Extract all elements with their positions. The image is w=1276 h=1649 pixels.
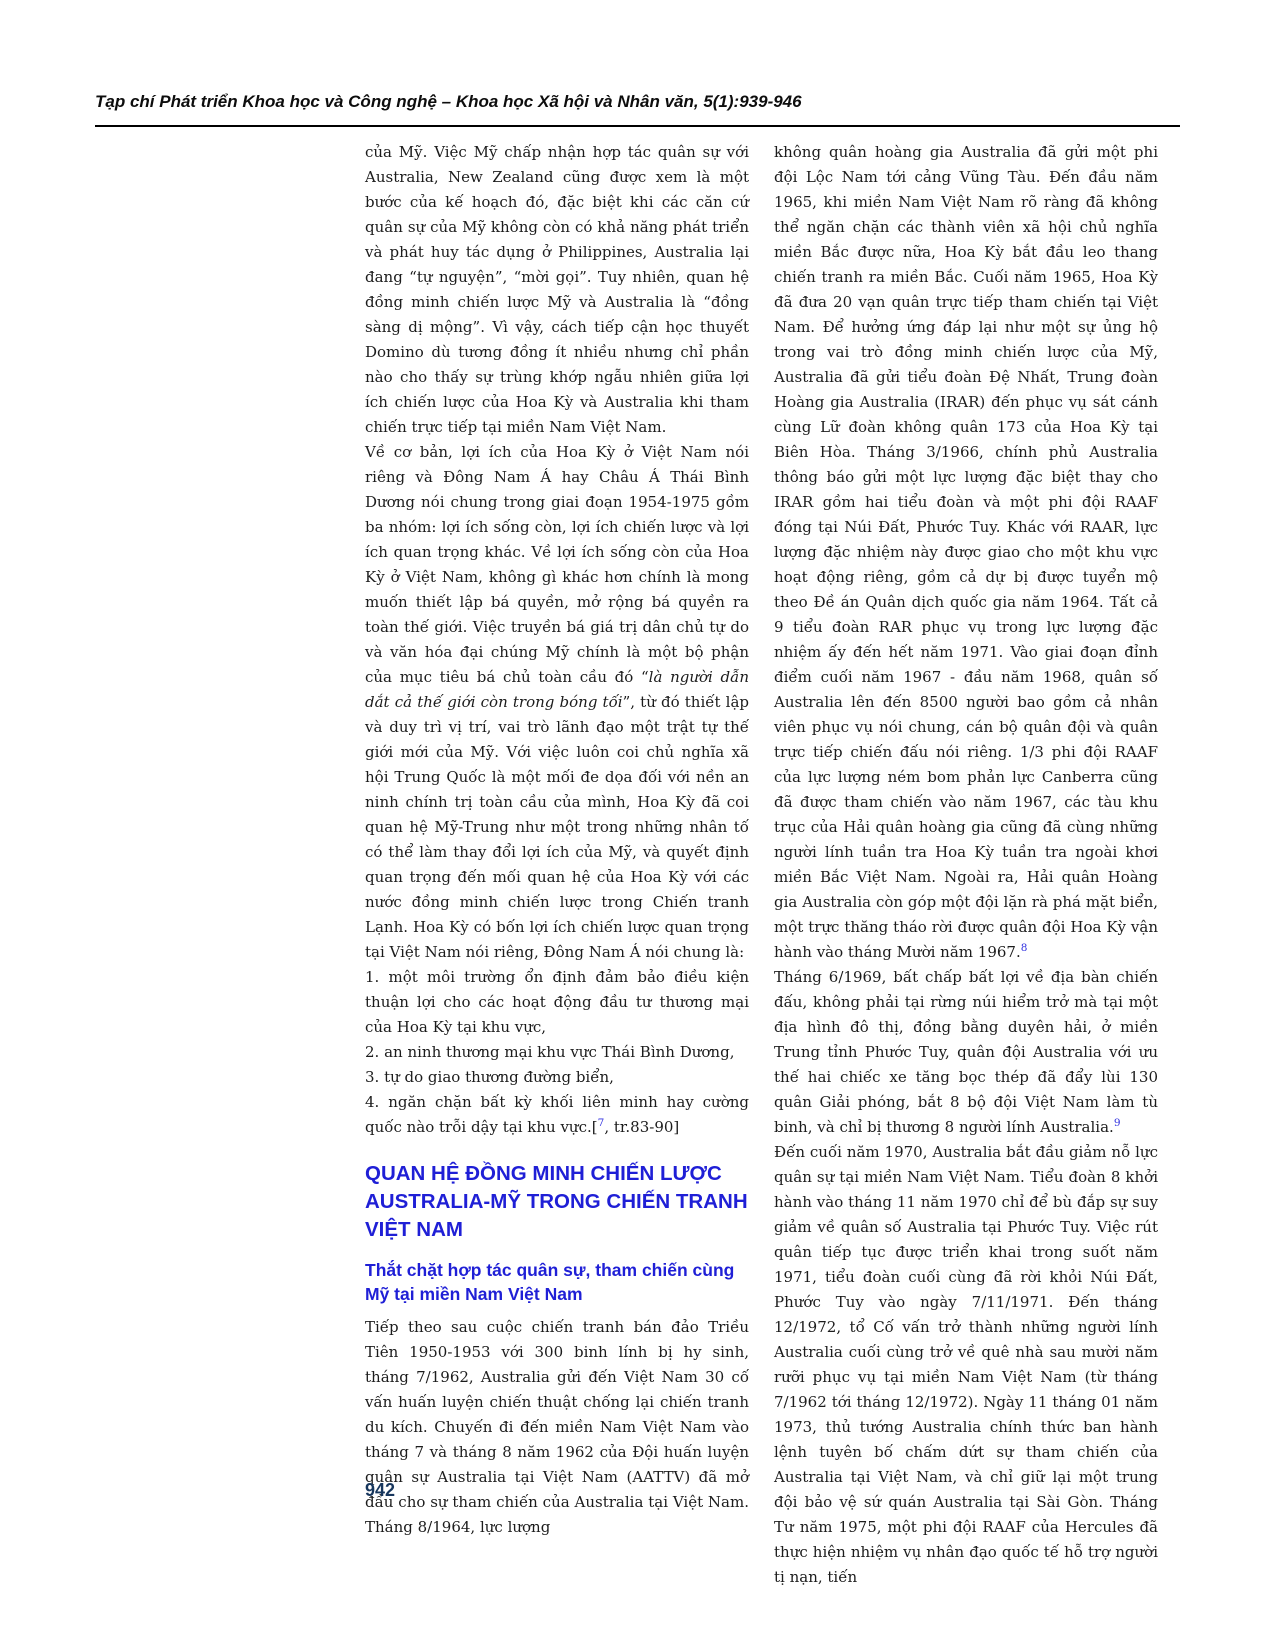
left-column: của Mỹ. Việc Mỹ chấp nhận hợp tác quân s… — [365, 140, 749, 1540]
paragraph: Tháng 6/1969, bất chấp bất lợi về địa bà… — [774, 965, 1158, 1140]
citation-ref[interactable]: 8 — [1021, 942, 1028, 954]
section-heading: QUAN HỆ ĐỒNG MINH CHIẾN LƯỢC AUSTRALIA-M… — [365, 1160, 749, 1244]
paragraph: 1. một môi trường ổn định đảm bảo điều k… — [365, 965, 749, 1040]
content-columns: của Mỹ. Việc Mỹ chấp nhận hợp tác quân s… — [365, 140, 1158, 1590]
header-rule — [95, 125, 1180, 127]
running-head: Tạp chí Phát triển Khoa học và Công nghệ… — [95, 92, 1180, 112]
paragraph: Về cơ bản, lợi ích của Hoa Kỳ ở Việt Nam… — [365, 440, 749, 965]
page-number: 942 — [365, 1480, 395, 1501]
right-column: không quân hoàng gia Australia đã gửi mộ… — [774, 140, 1158, 1590]
paragraph: Đến cuối năm 1970, Australia bắt đầu giả… — [774, 1140, 1158, 1590]
journal-page: Tạp chí Phát triển Khoa học và Công nghệ… — [0, 0, 1276, 1649]
citation-ref[interactable]: 9 — [1114, 1117, 1121, 1129]
emphasized-text: là người dẫn dắt cả thế giới còn trong b… — [365, 668, 749, 711]
paragraph: không quân hoàng gia Australia đã gửi mộ… — [774, 140, 1158, 965]
subsection-heading: Thắt chặt hợp tác quân sự, tham chiến cù… — [365, 1258, 749, 1306]
paragraph: Tiếp theo sau cuộc chiến tranh bán đảo T… — [365, 1315, 749, 1540]
paragraph: 3. tự do giao thương đường biển, — [365, 1065, 749, 1090]
paragraph: của Mỹ. Việc Mỹ chấp nhận hợp tác quân s… — [365, 140, 749, 440]
paragraph: 4. ngăn chặn bất kỳ khối liên minh hay c… — [365, 1090, 749, 1140]
citation-ref[interactable]: 7 — [598, 1117, 605, 1129]
paragraph: 2. an ninh thương mại khu vực Thái Bình … — [365, 1040, 749, 1065]
